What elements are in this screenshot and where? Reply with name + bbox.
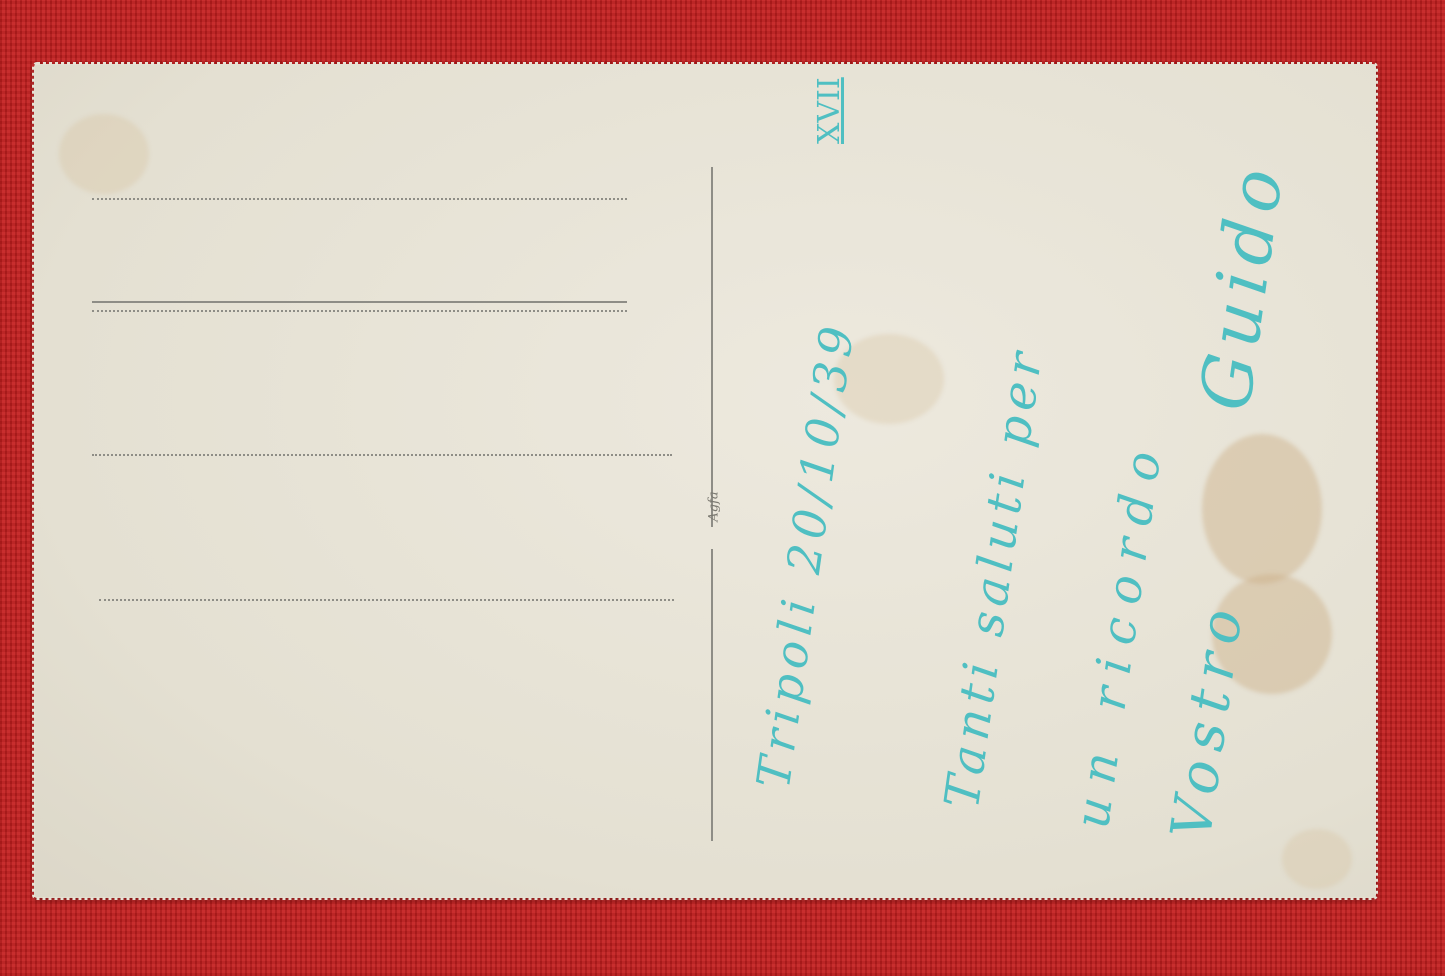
address-line-2	[92, 310, 627, 312]
center-divider-bottom	[711, 549, 713, 841]
handwriting-signature: Guido	[1184, 156, 1300, 415]
stain-right-upper	[1202, 434, 1322, 584]
address-line-1	[92, 198, 627, 200]
stain-bottom-right	[1282, 829, 1352, 889]
address-line-4	[99, 599, 674, 601]
handwriting-line-3: un ricordo	[1064, 434, 1174, 832]
agfa-imprint: Agfa	[707, 487, 722, 527]
address-line-3	[92, 454, 672, 456]
handwriting-line-2: Tanti saluti per	[934, 343, 1054, 811]
handwriting-era-year: XVII	[812, 77, 847, 144]
stain-top-left	[59, 114, 149, 194]
handwriting-line-4: Vostro	[1159, 596, 1257, 843]
center-divider-top	[711, 167, 713, 527]
handwriting-place-date: Tripoli 20/10/39	[746, 317, 865, 791]
address-line-2-rule	[92, 301, 627, 303]
postcard-back: Agfa Tripoli 20/10/39 XVII Tanti saluti …	[34, 64, 1376, 898]
